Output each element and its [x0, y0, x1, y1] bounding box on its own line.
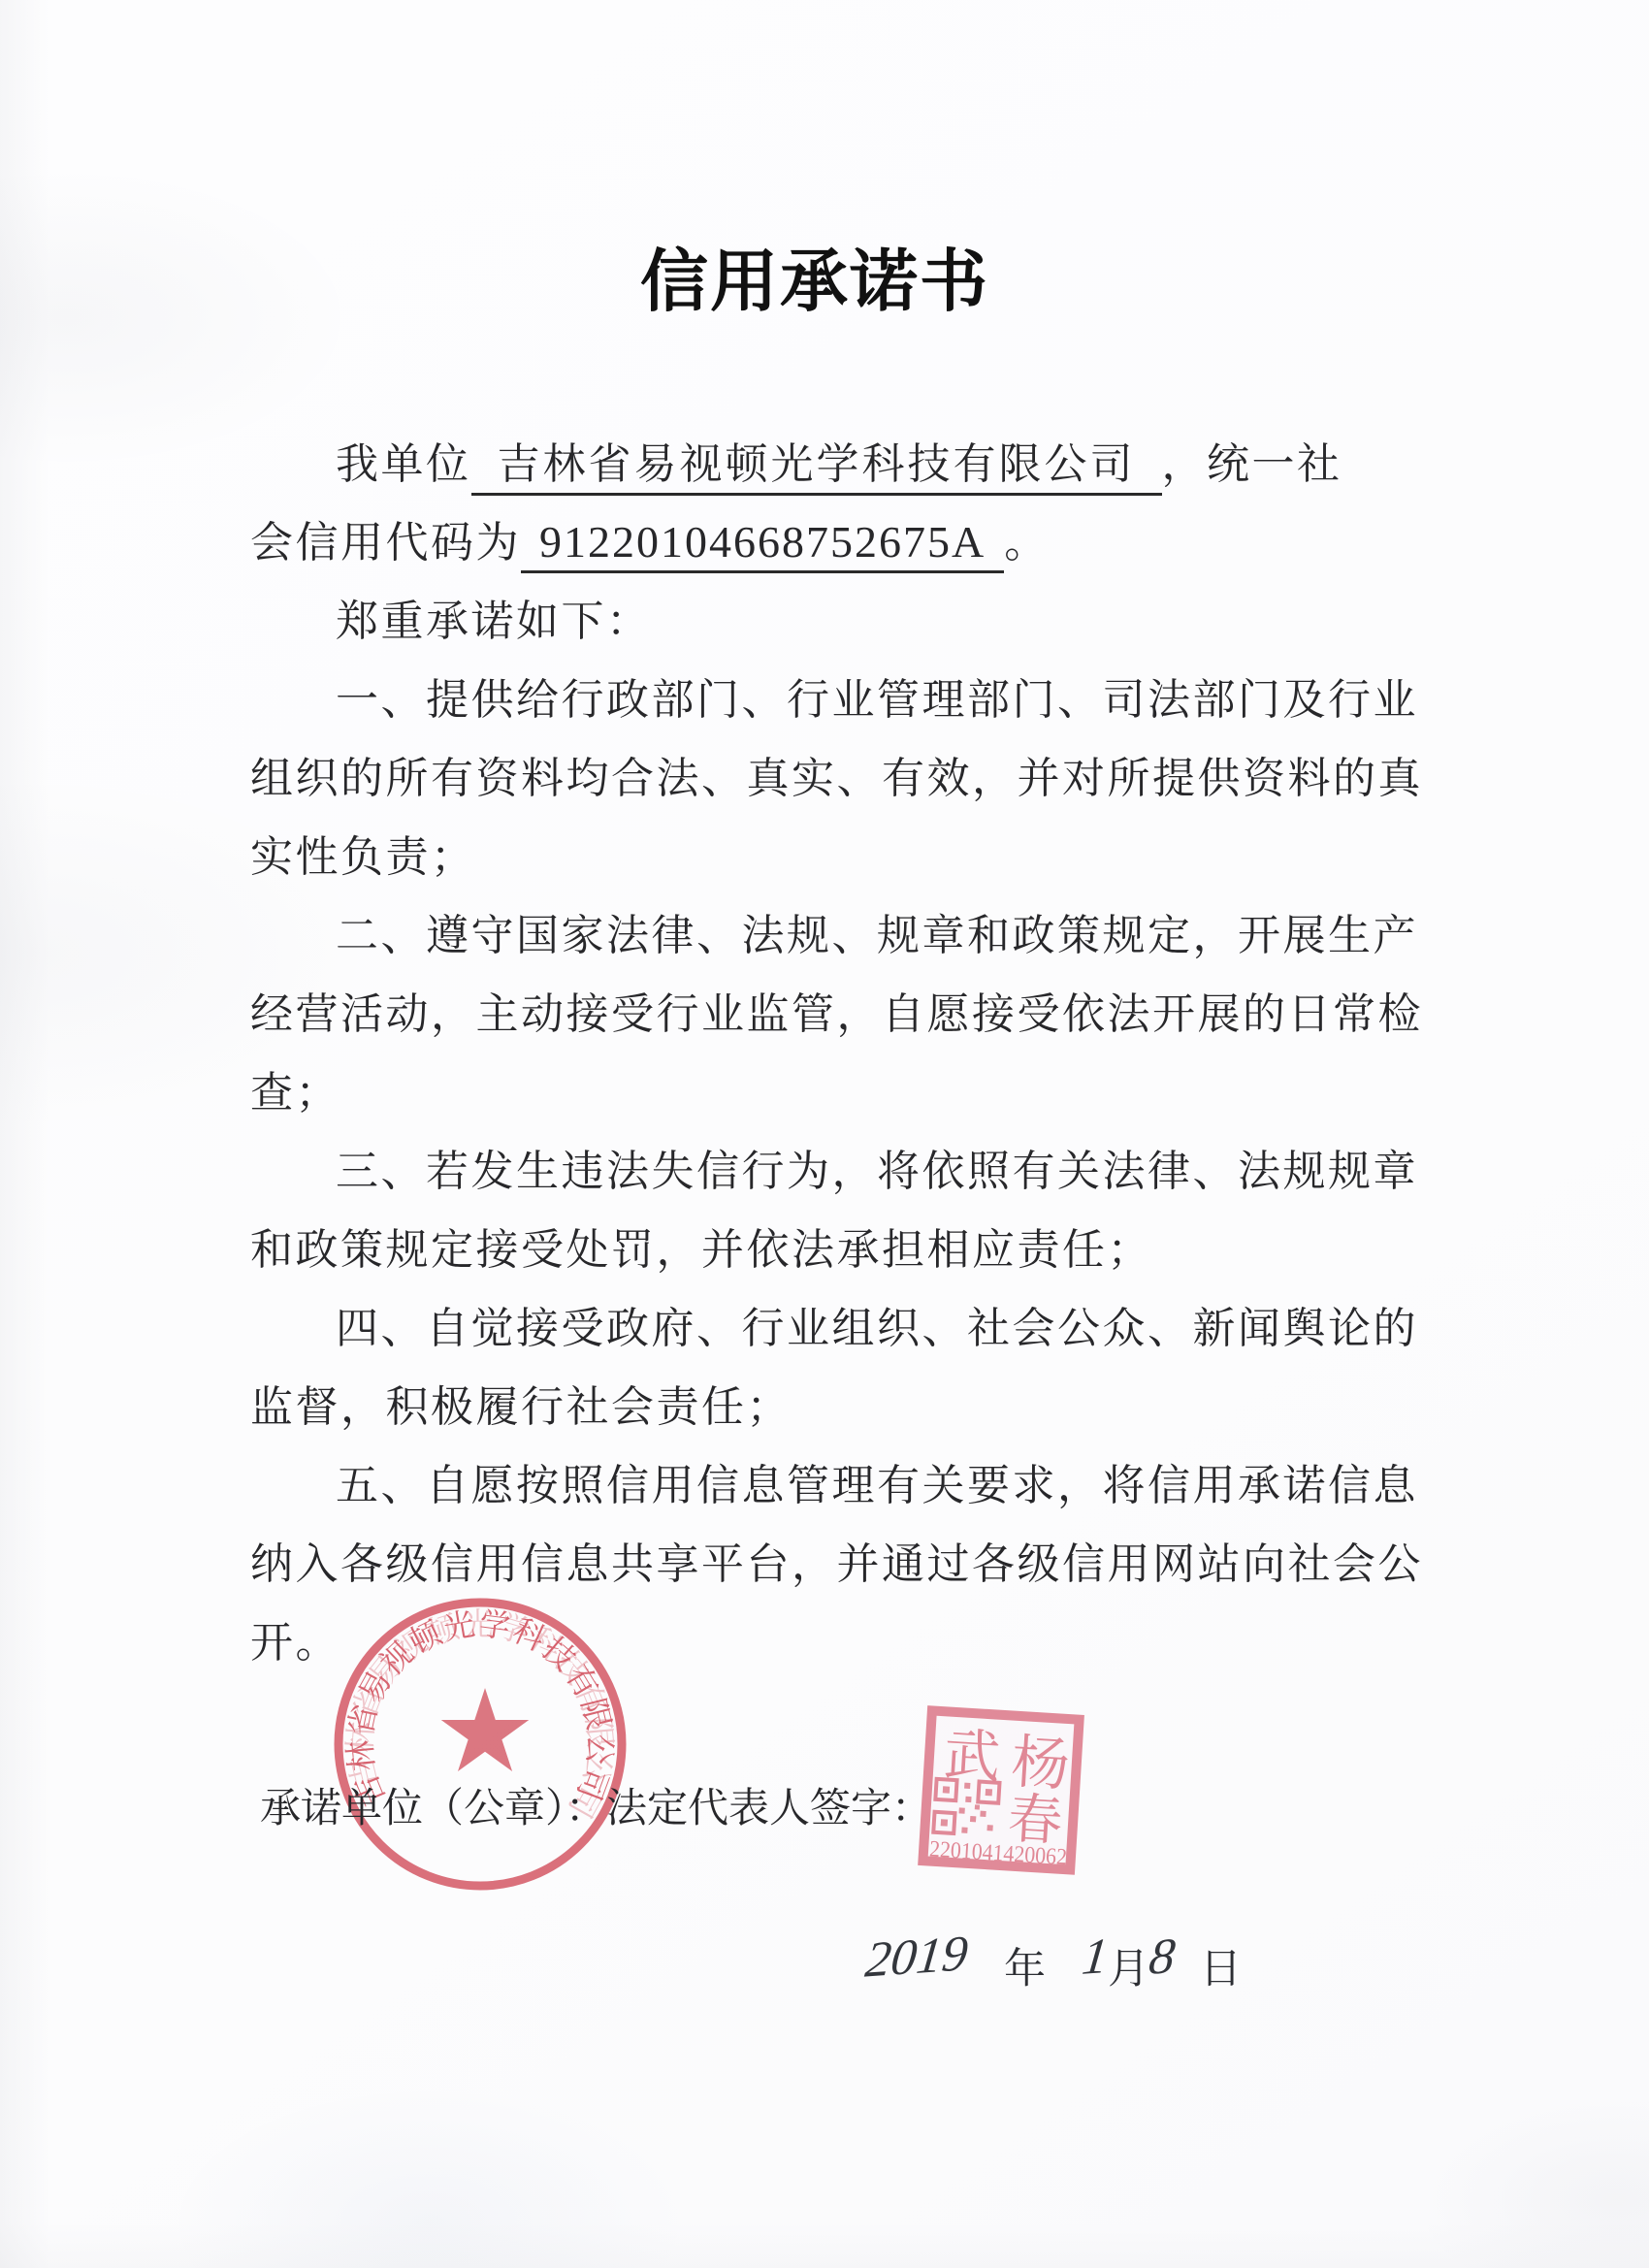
p2-suffix: 。 — [1004, 519, 1050, 567]
handwritten-year: 2019 — [863, 1928, 971, 1986]
round-seal-graphic: 吉林省易视顿光学科技有限公司 吉林省易视顿光学科技有限公司 ★ — [315, 1579, 645, 1909]
document-title: 信用承诺书 — [0, 227, 1630, 325]
date-line: 2019 年 1 月 8 日 — [866, 1932, 1242, 1995]
body-line: 实性负责； — [250, 818, 1424, 896]
body-line: 查； — [250, 1053, 1424, 1132]
company-name-underlined: 吉林省易视顿光学科技有限公司 — [471, 437, 1162, 496]
month-unit: 月 — [1108, 1932, 1149, 1995]
p1-prefix: 我单位 — [336, 440, 471, 488]
handwritten-month: 1 — [1080, 1931, 1111, 1984]
p1-suffix: ，统一社 — [1162, 440, 1342, 488]
handwritten-day: 8 — [1147, 1931, 1178, 1984]
body-line: 经营活动，主动接受行业监管，自愿接受依法开展的日常检 — [250, 975, 1424, 1053]
seal-unit-label: 承诺单位（公章）： — [260, 1787, 606, 1831]
body-line: 一、提供给行政部门、行业管理部门、司法部门及行业 — [250, 661, 1424, 739]
legal-representative-label: 法定代表人签字： — [606, 1787, 932, 1831]
scanned-document-page: 信用承诺书 我单位吉林省易视顿光学科技有限公司，统一社 会信用代码为912201… — [0, 0, 1649, 2268]
document-body: 我单位吉林省易视顿光学科技有限公司，统一社 会信用代码为912201046687… — [250, 425, 1424, 1682]
body-line: 二、遵守国家法律、法规、规章和政策规定，开展生产 — [250, 896, 1424, 975]
body-line: 监督，积极履行社会责任； — [250, 1368, 1424, 1446]
body-line: 我单位吉林省易视顿光学科技有限公司，统一社 — [250, 425, 1424, 503]
signature-row: 承诺单位（公章）：法定代表人签字： — [260, 1776, 932, 1834]
body-line: 四、自觉接受政府、行业组织、社会公众、新闻舆论的 — [250, 1289, 1424, 1368]
body-line: 组织的所有资料均合法、真实、有效，并对所提供资料的真 — [250, 739, 1424, 818]
body-line: 郑重承诺如下： — [250, 582, 1424, 661]
body-line: 会信用代码为91220104668752675A。 — [250, 503, 1424, 582]
year-unit: 年 — [1004, 1932, 1046, 1995]
legal-representative-stamp: 武 杨 春 2201041420062 — [917, 1704, 1087, 1877]
p2-prefix: 会信用代码为 — [250, 519, 521, 567]
square-stamp-graphic: 武 杨 春 2201041420062 — [917, 1704, 1087, 1877]
body-line: 三、若发生违法失信行为，将依照有关法律、法规规章 — [250, 1132, 1424, 1211]
body-line: 和政策规定接受处罚，并依法承担相应责任； — [250, 1211, 1424, 1289]
credit-code-underlined: 91220104668752675A — [521, 514, 1004, 573]
company-round-seal: 吉林省易视顿光学科技有限公司 吉林省易视顿光学科技有限公司 ★ — [315, 1579, 645, 1909]
day-unit: 日 — [1200, 1932, 1242, 1995]
body-line: 五、自愿按照信用信息管理有关要求，将信用承诺信息 — [250, 1446, 1424, 1525]
stamp-char-yang: 杨 — [1010, 1731, 1072, 1798]
